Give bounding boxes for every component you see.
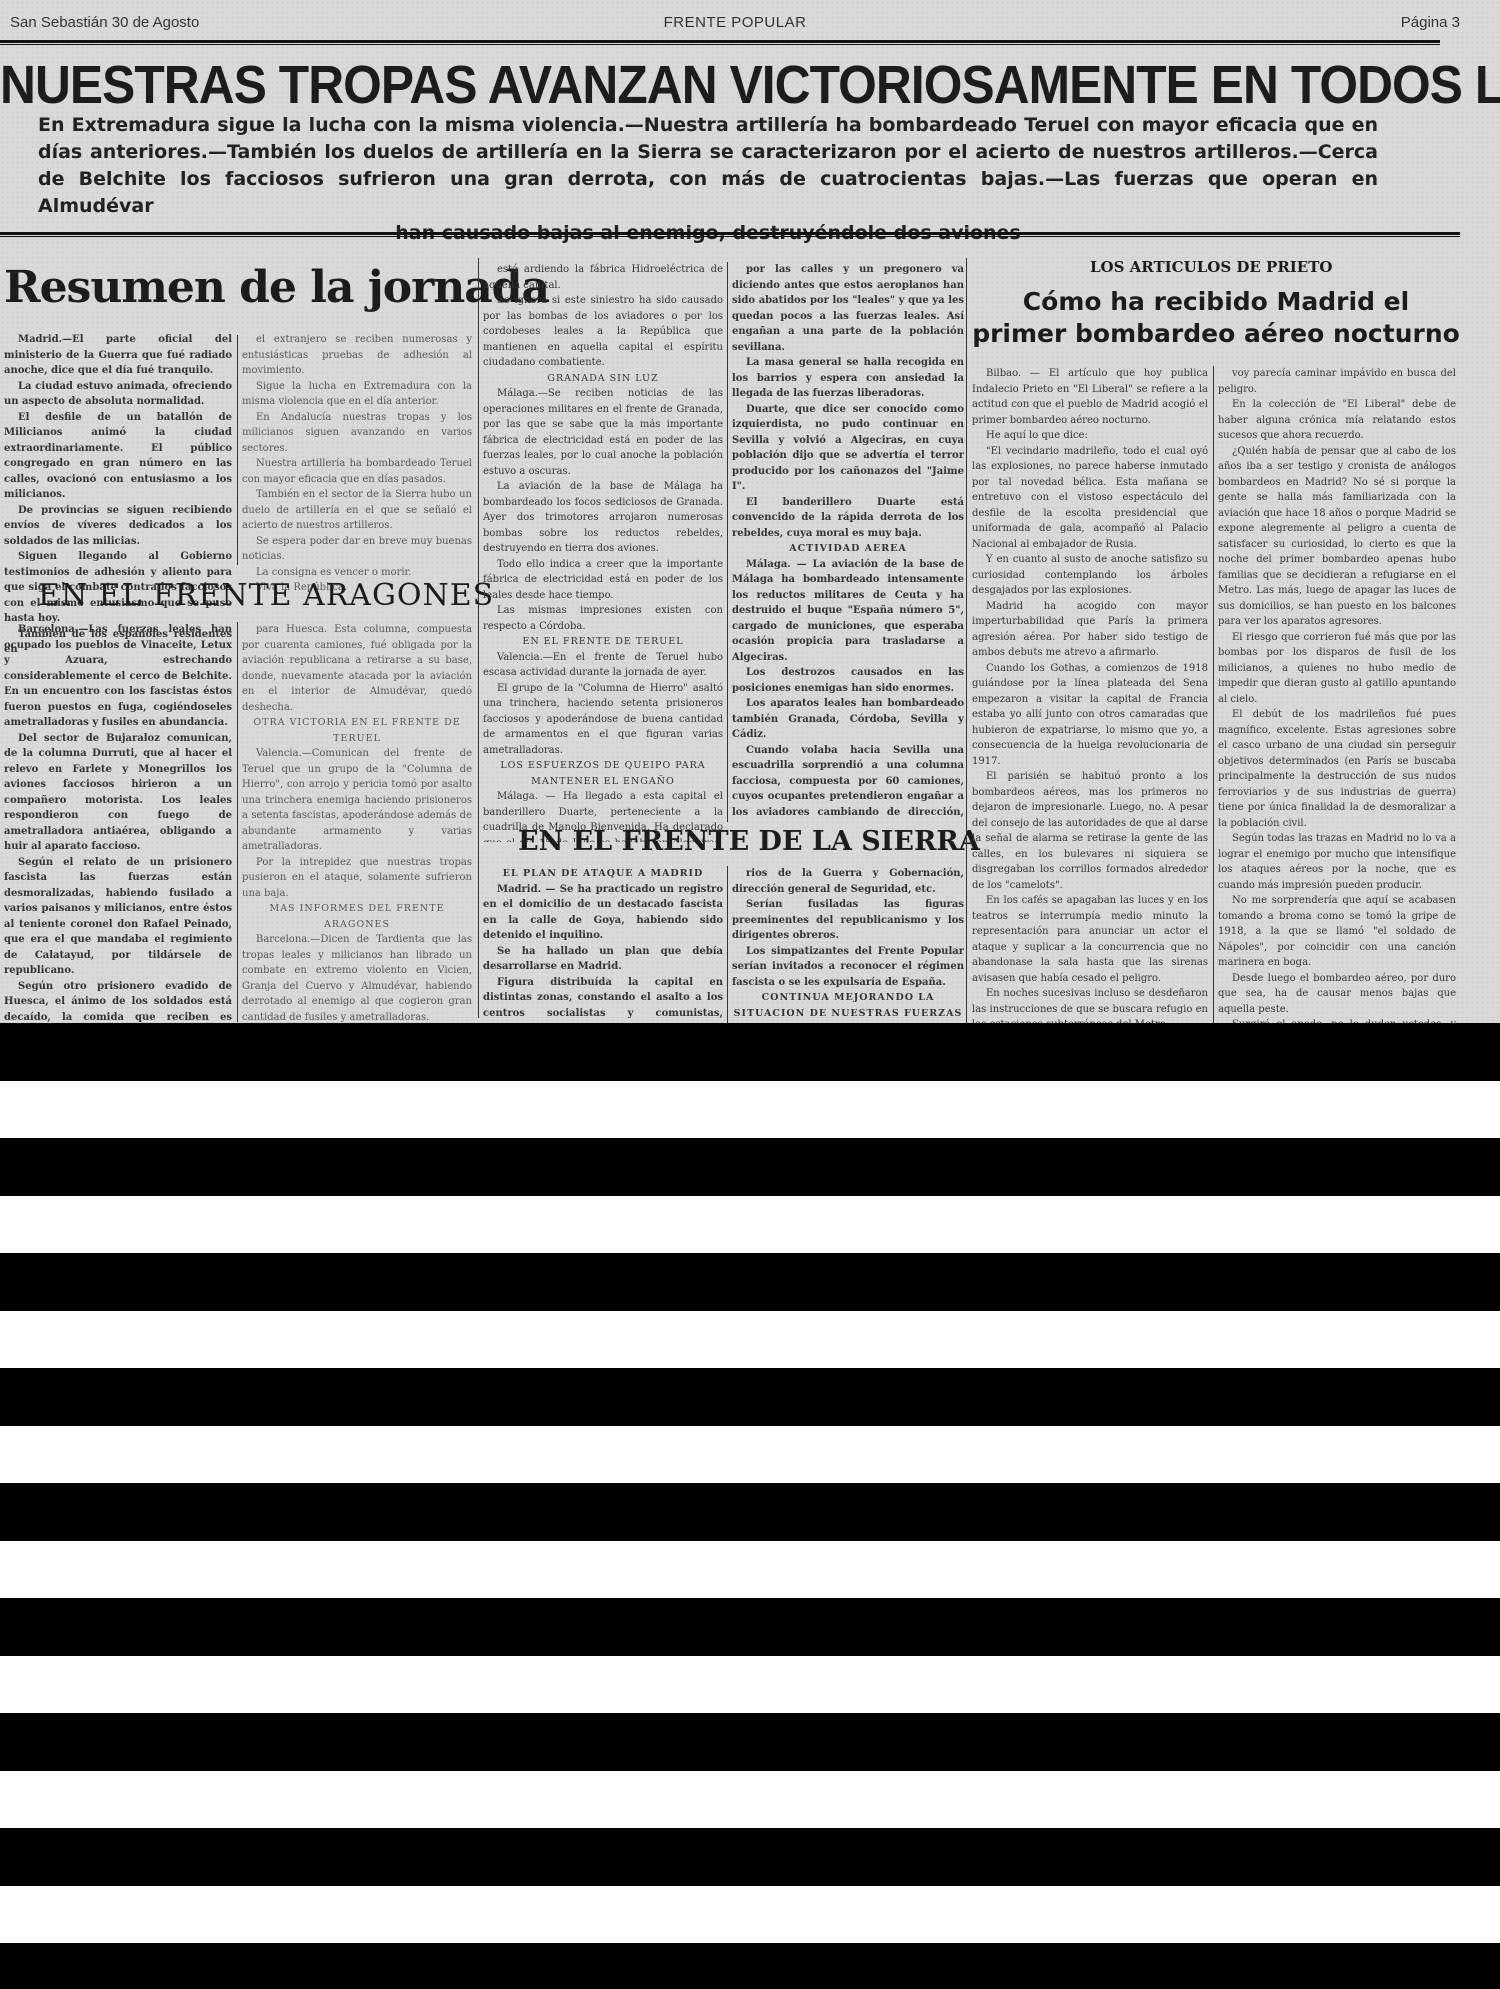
paragraph: He aquí lo que dice: — [972, 428, 1208, 444]
subheadline-text: En Extremadura sigue la lucha con la mis… — [38, 114, 1378, 217]
column-divider — [478, 258, 479, 1018]
resumen-col-2: el extranjero se reciben numerosas y ent… — [242, 332, 472, 596]
paragraph: Málaga.—Se reciben noticias de las opera… — [483, 386, 723, 479]
paragraph: Figura distribuída la capital en distint… — [483, 975, 723, 1024]
paragraph: El desfile de un batallón de Milicianos … — [4, 410, 232, 503]
paragraph: Sigue la lucha en Extremadura con la mis… — [242, 379, 472, 410]
middle-col-1: está ardiendo la fábrica Hidroeléctrica … — [483, 262, 723, 842]
paragraph: ¿Quién había de pensar que al cabo de lo… — [1218, 444, 1456, 630]
paragraph: En noches sucesivas incluso se desdeñaro… — [972, 986, 1208, 1023]
paragraph: para Huesca. Esta columna, compuesta por… — [242, 622, 472, 715]
paragraph: Las mismas impresiones existen con respe… — [483, 603, 723, 634]
paragraph: el extranjero se reciben numerosas y ent… — [242, 332, 472, 379]
prieto-col-1: Bilbao. — El artículo que hoy publica In… — [972, 366, 1208, 1023]
aragones-col-2: para Huesca. Esta columna, compuesta por… — [242, 622, 472, 1022]
paragraph: Barcelona.—Dicen de Tardienta que las tr… — [242, 932, 472, 1022]
paragraph: Se ha hallado un plan que debía desarrol… — [483, 944, 723, 975]
resumen-title: Resumen de la jornada — [4, 262, 549, 313]
masthead-rule — [0, 40, 1440, 45]
paragraph: Los simpatizantes del Frente Popular ser… — [732, 944, 964, 991]
actividad-title: ACTIVIDAD AEREA — [732, 541, 964, 557]
column-divider — [727, 866, 728, 1023]
paragraph: La aviación de la base de Málaga ha bomb… — [483, 479, 723, 557]
paragraph: La masa general se halla recogida en los… — [732, 355, 964, 402]
column-divider — [237, 335, 238, 565]
page-number: Página 3 — [1401, 14, 1460, 31]
paragraph: El grupo de la "Columna de Hierro" asalt… — [483, 681, 723, 759]
paragraph: Duarte, que dice ser conocido como izqui… — [732, 402, 964, 495]
headline-rule — [0, 232, 1460, 237]
prieto-kicker: LOS ARTICULOS DE PRIETO — [1090, 258, 1332, 276]
sierra-col-1: EL PLAN DE ATAQUE A MADRID Madrid. — Se … — [483, 866, 723, 1023]
continua-title: CONTINUA MEJORANDO LA SITUACION DE NUEST… — [732, 990, 964, 1021]
paragraph: "El vecindario madrileño, todo el cual o… — [972, 444, 1208, 553]
paragraph: Madrid ha acogido con mayor imperturbabi… — [972, 599, 1208, 661]
paragraph: En los cafés se apagaban las luces y en … — [972, 893, 1208, 986]
column-divider — [1213, 366, 1214, 1023]
column-divider — [966, 258, 967, 1023]
subheadline: En Extremadura sigue la lucha con la mis… — [38, 112, 1378, 247]
paragraph: Según todas las trazas en Madrid no lo v… — [1218, 831, 1456, 893]
scan-artifact-bands — [0, 1023, 1500, 1989]
paragraph: Nuestra artillería ha bombardeado Teruel… — [242, 456, 472, 487]
granada-title: GRANADA SIN LUZ — [483, 371, 723, 387]
paragraph: Desde luego el bombardeo aéreo, por duro… — [1218, 971, 1456, 1018]
paragraph: Barcelona.—Las fuerzas leales han ocupad… — [4, 622, 232, 731]
sierra-title: EN EL FRENTE DE LA SIERRA — [518, 826, 980, 857]
paragraph: La ciudad estuvo animada, ofreciendo un … — [4, 379, 232, 410]
paragraph: Según el relato de un prisionero fascist… — [4, 855, 232, 979]
middle-col-2: por las calles y un pregonero va diciend… — [732, 262, 964, 822]
paragraph: rios de la Guerra y Gobernación, direcci… — [732, 866, 964, 897]
paragraph: Málaga. — La aviación de la base de Mála… — [732, 557, 964, 666]
aragones-col-1: Barcelona.—Las fuerzas leales han ocupad… — [4, 622, 232, 1022]
mas-informes-title: MAS INFORMES DEL FRENTE ARAGONES — [242, 901, 472, 932]
paragraph: También en el sector de la Sierra hubo u… — [242, 487, 472, 534]
column-divider — [237, 622, 238, 1022]
issue-date: San Sebastián 30 de Agosto — [10, 14, 199, 31]
paragraph: Serían fusiladas las figuras preeminente… — [732, 897, 964, 944]
paragraph: Los aparatos leales han bombardeado tamb… — [732, 696, 964, 743]
paragraph: Valencia.—En el frente de Teruel hubo es… — [483, 650, 723, 681]
paragraph: De provincias se siguen recibiendo envío… — [4, 503, 232, 550]
plan-title: EL PLAN DE ATAQUE A MADRID — [483, 866, 723, 882]
paragraph: El parisién se habituó pronto a los bomb… — [972, 769, 1208, 893]
paragraph: En Andalucía nuestras tropas y los milic… — [242, 410, 472, 457]
paragraph: Del sector de Bujaraloz comunican, de la… — [4, 731, 232, 855]
paragraph: Madrid. — Se ha practicado un registro e… — [483, 882, 723, 944]
newspaper-page: San Sebastián 30 de Agosto FRENTE POPULA… — [0, 0, 1500, 1023]
sierra-col-2: rios de la Guerra y Gobernación, direcci… — [732, 866, 964, 1023]
paragraph: está ardiendo la fábrica Hidroeléctrica … — [483, 262, 723, 293]
teruel-title: EN EL FRENTE DE TERUEL — [483, 634, 723, 650]
newspaper-name: FRENTE POPULAR — [664, 14, 807, 31]
paragraph: Cuando volaba hacia Sevilla una escuadri… — [732, 743, 964, 823]
paragraph: voy parecía caminar impávido en busca de… — [1218, 366, 1456, 397]
paragraph: El debút de los madrileños fué pues magn… — [1218, 707, 1456, 831]
paragraph: Todo ello indica a creer que la importan… — [483, 557, 723, 604]
main-headline: NUESTRAS TROPAS AVANZAN VICTORIOSAMENTE … — [0, 58, 1343, 112]
paragraph: No me sorprendería que aquí se acabasen … — [1218, 893, 1456, 971]
paragraph: El banderillero Duarte está convencido d… — [732, 495, 964, 542]
paragraph: Bilbao. — El artículo que hoy publica In… — [972, 366, 1208, 428]
paragraph: Según otro prisionero evadido de Huesca,… — [4, 979, 232, 1023]
paragraph: Se espera poder dar en breve muy buenas … — [242, 534, 472, 565]
prieto-title: Cómo ha recibido Madrid el primer bombar… — [972, 286, 1460, 350]
paragraph: Madrid.—El parte oficial del ministerio … — [4, 332, 232, 379]
column-divider — [727, 262, 728, 822]
masthead: San Sebastián 30 de Agosto FRENTE POPULA… — [10, 14, 1460, 36]
aragones-title: EN EL FRENTE ARAGONES — [38, 578, 494, 613]
prieto-col-2: voy parecía caminar impávido en busca de… — [1218, 366, 1456, 1023]
paragraph: Cuando los Gothas, a comienzos de 1918 g… — [972, 661, 1208, 770]
paragraph: por las calles y un pregonero va diciend… — [732, 262, 964, 355]
queipo-title: LOS ESFUERZOS DE QUEIPO PARA MANTENER EL… — [483, 758, 723, 789]
paragraph: Por la intrepidez que nuestras tropas pu… — [242, 855, 472, 902]
paragraph: El riesgo que corrieron fué más que por … — [1218, 630, 1456, 708]
paragraph: En la colección de "El Liberal" debe de … — [1218, 397, 1456, 444]
paragraph: Los destrozos causados en las posiciones… — [732, 665, 964, 696]
paragraph: Valencia.—Comunican del frente de Teruel… — [242, 746, 472, 855]
paragraph: Se ignora si este siniestro ha sido caus… — [483, 293, 723, 371]
otra-victoria-title: OTRA VICTORIA EN EL FRENTE DE TERUEL — [242, 715, 472, 746]
paragraph: Y en cuanto al susto de anoche satisfizo… — [972, 552, 1208, 599]
